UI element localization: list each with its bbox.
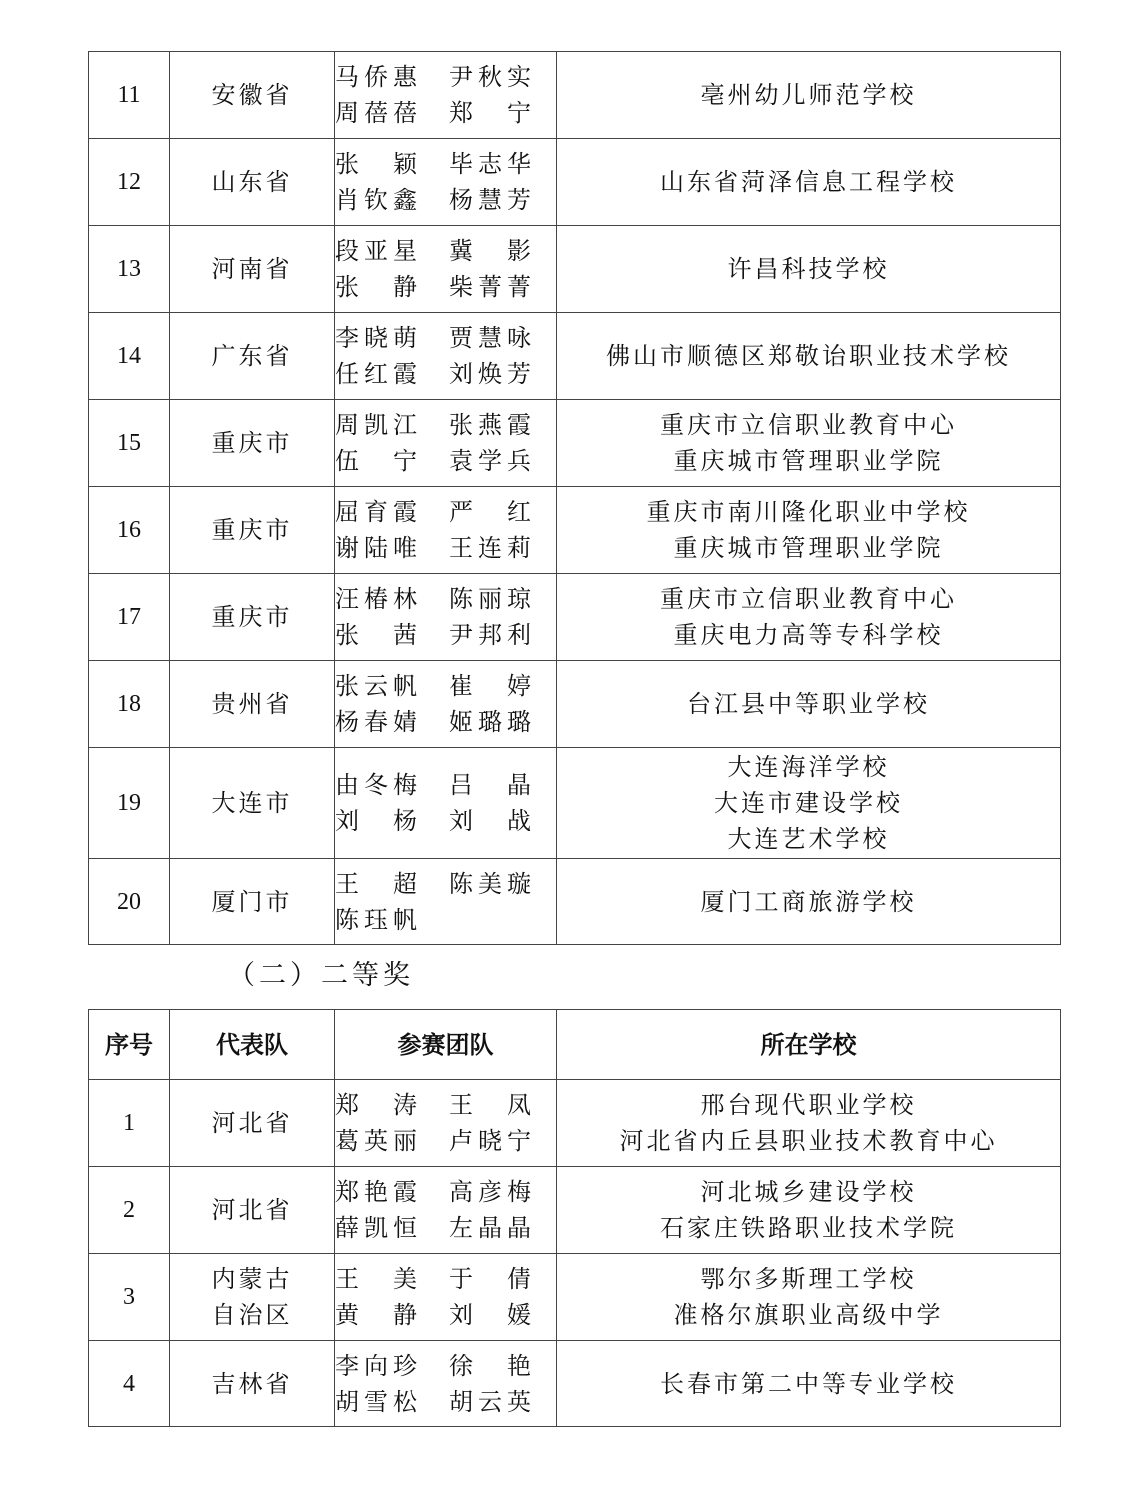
school-name: 河北省内丘县职业技术教育中心 bbox=[557, 1123, 1060, 1159]
member-name: 袁学兵 bbox=[449, 443, 531, 479]
member-row: 马侨惠尹秋实 bbox=[335, 59, 531, 95]
section-heading-second-prize: （二）二等奖 bbox=[228, 954, 414, 998]
member-row: 王超陈美璇 bbox=[335, 866, 531, 902]
member-row: 谢陆唯王连莉 bbox=[335, 530, 531, 566]
second-prize-table: 序号 代表队 参赛团队 所在学校 1河北省郑涛王凤葛英丽卢晓宁邢台现代职业学校河… bbox=[88, 1009, 1061, 1427]
member-name: 崔婷 bbox=[449, 668, 531, 704]
member-name: 王连莉 bbox=[449, 530, 531, 566]
school-name: 鄂尔多斯理工学校 bbox=[557, 1261, 1060, 1297]
team-members: 李晓萌贾慧咏任红霞刘焕芳 bbox=[335, 313, 557, 400]
school-name: 重庆电力高等专科学校 bbox=[557, 617, 1060, 653]
school-name: 大连海洋学校 bbox=[557, 749, 1060, 785]
row-number: 3 bbox=[89, 1254, 170, 1341]
school-name: 重庆城市管理职业学院 bbox=[557, 443, 1060, 479]
member-name: 杨春婧 bbox=[335, 704, 417, 740]
row-number: 18 bbox=[89, 661, 170, 748]
school-name: 重庆市立信职业教育中心 bbox=[557, 407, 1060, 443]
header-no: 序号 bbox=[89, 1010, 170, 1080]
team-region: 重庆市 bbox=[170, 574, 335, 661]
member-row: 郑艳霞高彦梅 bbox=[335, 1174, 531, 1210]
member-name: 毕志华 bbox=[449, 146, 531, 182]
member-row: 李向珍徐艳 bbox=[335, 1348, 531, 1384]
member-name: 郑涛 bbox=[335, 1087, 417, 1123]
school-name: 重庆市立信职业教育中心 bbox=[557, 581, 1060, 617]
school-name: 邢台现代职业学校 bbox=[557, 1087, 1060, 1123]
row-number: 20 bbox=[89, 859, 170, 945]
table-row: 20厦门市王超陈美璇陈珏帆厦门工商旅游学校 bbox=[89, 859, 1061, 945]
member-name: 由冬梅 bbox=[335, 767, 417, 803]
team-region-line: 贵州省 bbox=[170, 686, 334, 722]
team-region-line: 重庆市 bbox=[170, 599, 334, 635]
member-row: 杨春婧姬璐璐 bbox=[335, 704, 531, 740]
school-cell: 许昌科技学校 bbox=[557, 226, 1061, 313]
school-cell: 鄂尔多斯理工学校准格尔旗职业高级中学 bbox=[557, 1254, 1061, 1341]
school-name: 许昌科技学校 bbox=[557, 251, 1060, 287]
member-row: 葛英丽卢晓宁 bbox=[335, 1123, 531, 1159]
member-row: 刘杨刘战 bbox=[335, 803, 531, 839]
member-name: 王超 bbox=[335, 866, 417, 902]
table-row: 15重庆市周凯江张燕霞伍宁袁学兵重庆市立信职业教育中心重庆城市管理职业学院 bbox=[89, 400, 1061, 487]
member-name: 于倩 bbox=[449, 1261, 531, 1297]
member-row: 段亚星冀影 bbox=[335, 233, 531, 269]
school-name: 重庆市南川隆化职业中学校 bbox=[557, 494, 1060, 530]
member-name: 刘媛 bbox=[449, 1297, 531, 1333]
member-row: 任红霞刘焕芳 bbox=[335, 356, 531, 392]
team-region-line: 大连市 bbox=[170, 785, 334, 821]
member-row: 张云帆崔婷 bbox=[335, 668, 531, 704]
member-name: 王凤 bbox=[449, 1087, 531, 1123]
school-cell: 重庆市立信职业教育中心重庆电力高等专科学校 bbox=[557, 574, 1061, 661]
team-members: 汪椿林陈丽琼张茜尹邦利 bbox=[335, 574, 557, 661]
member-name: 尹邦利 bbox=[449, 617, 531, 653]
member-row: 张茜尹邦利 bbox=[335, 617, 531, 653]
school-name: 重庆城市管理职业学院 bbox=[557, 530, 1060, 566]
team-region: 厦门市 bbox=[170, 859, 335, 945]
table-body: 11安徽省马侨惠尹秋实周蓓蓓郑宁亳州幼儿师范学校12山东省张颖毕志华肖钦鑫杨慧芳… bbox=[89, 52, 1061, 945]
table-row: 17重庆市汪椿林陈丽琼张茜尹邦利重庆市立信职业教育中心重庆电力高等专科学校 bbox=[89, 574, 1061, 661]
member-name: 薛凯恒 bbox=[335, 1210, 417, 1246]
member-name: 徐艳 bbox=[449, 1348, 531, 1384]
table-row: 18贵州省张云帆崔婷杨春婧姬璐璐台江县中等职业学校 bbox=[89, 661, 1061, 748]
member-name: 任红霞 bbox=[335, 356, 417, 392]
member-name: 葛英丽 bbox=[335, 1123, 417, 1159]
school-name: 厦门工商旅游学校 bbox=[557, 884, 1060, 920]
team-members: 李向珍徐艳胡雪松胡云英 bbox=[335, 1341, 557, 1427]
school-cell: 重庆市立信职业教育中心重庆城市管理职业学院 bbox=[557, 400, 1061, 487]
member-name: 高彦梅 bbox=[449, 1174, 531, 1210]
member-name: 陈丽琼 bbox=[449, 581, 531, 617]
member-name: 周蓓蓓 bbox=[335, 95, 417, 131]
member-name: 张燕霞 bbox=[449, 407, 531, 443]
member-name: 严红 bbox=[449, 494, 531, 530]
row-number: 17 bbox=[89, 574, 170, 661]
school-name: 佛山市顺德区郑敬诒职业技术学校 bbox=[557, 338, 1060, 374]
member-row: 周凯江张燕霞 bbox=[335, 407, 531, 443]
team-region: 广东省 bbox=[170, 313, 335, 400]
member-row: 张颖毕志华 bbox=[335, 146, 531, 182]
school-cell: 亳州幼儿师范学校 bbox=[557, 52, 1061, 139]
member-name: 谢陆唯 bbox=[335, 530, 417, 566]
team-region-line: 河南省 bbox=[170, 251, 334, 287]
member-name: 段亚星 bbox=[335, 233, 417, 269]
member-name: 刘战 bbox=[449, 803, 531, 839]
team-region: 重庆市 bbox=[170, 487, 335, 574]
member-row: 肖钦鑫杨慧芳 bbox=[335, 182, 531, 218]
member-name bbox=[449, 902, 531, 938]
school-name: 长春市第二中等专业学校 bbox=[557, 1366, 1060, 1402]
member-name: 张云帆 bbox=[335, 668, 417, 704]
school-cell: 河北城乡建设学校石家庄铁路职业技术学院 bbox=[557, 1167, 1061, 1254]
table-row: 16重庆市屈育霞严红谢陆唯王连莉重庆市南川隆化职业中学校重庆城市管理职业学院 bbox=[89, 487, 1061, 574]
team-members: 郑艳霞高彦梅薛凯恒左晶晶 bbox=[335, 1167, 557, 1254]
school-cell: 大连海洋学校大连市建设学校大连艺术学校 bbox=[557, 748, 1061, 859]
table-body: 1河北省郑涛王凤葛英丽卢晓宁邢台现代职业学校河北省内丘县职业技术教育中心2河北省… bbox=[89, 1080, 1061, 1427]
team-members: 段亚星冀影张静柴菁菁 bbox=[335, 226, 557, 313]
school-cell: 佛山市顺德区郑敬诒职业技术学校 bbox=[557, 313, 1061, 400]
team-region-line: 内蒙古 bbox=[170, 1261, 334, 1297]
row-number: 19 bbox=[89, 748, 170, 859]
team-region-line: 重庆市 bbox=[170, 512, 334, 548]
table-row: 4吉林省李向珍徐艳胡雪松胡云英长春市第二中等专业学校 bbox=[89, 1341, 1061, 1427]
member-name: 张静 bbox=[335, 269, 417, 305]
member-row: 陈珏帆 bbox=[335, 902, 531, 938]
member-row: 张静柴菁菁 bbox=[335, 269, 531, 305]
member-name: 李晓萌 bbox=[335, 320, 417, 356]
member-name: 胡云英 bbox=[449, 1384, 531, 1420]
member-name: 李向珍 bbox=[335, 1348, 417, 1384]
row-number: 13 bbox=[89, 226, 170, 313]
member-name: 马侨惠 bbox=[335, 59, 417, 95]
team-region-line: 广东省 bbox=[170, 338, 334, 374]
school-name: 大连艺术学校 bbox=[557, 821, 1060, 857]
table-row: 1河北省郑涛王凤葛英丽卢晓宁邢台现代职业学校河北省内丘县职业技术教育中心 bbox=[89, 1080, 1061, 1167]
team-region-line: 重庆市 bbox=[170, 425, 334, 461]
team-region-line: 自治区 bbox=[170, 1297, 334, 1333]
row-number: 14 bbox=[89, 313, 170, 400]
team-region: 山东省 bbox=[170, 139, 335, 226]
school-cell: 重庆市南川隆化职业中学校重庆城市管理职业学院 bbox=[557, 487, 1061, 574]
school-name: 河北城乡建设学校 bbox=[557, 1174, 1060, 1210]
team-region-line: 河北省 bbox=[170, 1192, 334, 1228]
table-row: 19大连市由冬梅吕晶刘杨刘战大连海洋学校大连市建设学校大连艺术学校 bbox=[89, 748, 1061, 859]
table-header-row: 序号 代表队 参赛团队 所在学校 bbox=[89, 1010, 1061, 1080]
row-number: 16 bbox=[89, 487, 170, 574]
team-region-line: 厦门市 bbox=[170, 884, 334, 920]
header-members: 参赛团队 bbox=[335, 1010, 557, 1080]
member-name: 胡雪松 bbox=[335, 1384, 417, 1420]
member-name: 张茜 bbox=[335, 617, 417, 653]
school-name: 台江县中等职业学校 bbox=[557, 686, 1060, 722]
team-members: 马侨惠尹秋实周蓓蓓郑宁 bbox=[335, 52, 557, 139]
school-name: 山东省菏泽信息工程学校 bbox=[557, 164, 1060, 200]
member-row: 李晓萌贾慧咏 bbox=[335, 320, 531, 356]
member-row: 伍宁袁学兵 bbox=[335, 443, 531, 479]
row-number: 2 bbox=[89, 1167, 170, 1254]
school-cell: 邢台现代职业学校河北省内丘县职业技术教育中心 bbox=[557, 1080, 1061, 1167]
member-row: 胡雪松胡云英 bbox=[335, 1384, 531, 1420]
team-members: 张颖毕志华肖钦鑫杨慧芳 bbox=[335, 139, 557, 226]
header-school: 所在学校 bbox=[557, 1010, 1061, 1080]
row-number: 15 bbox=[89, 400, 170, 487]
school-cell: 山东省菏泽信息工程学校 bbox=[557, 139, 1061, 226]
team-region-line: 河北省 bbox=[170, 1105, 334, 1141]
member-name: 黄静 bbox=[335, 1297, 417, 1333]
member-name: 屈育霞 bbox=[335, 494, 417, 530]
team-region: 河北省 bbox=[170, 1167, 335, 1254]
table-row: 13河南省段亚星冀影张静柴菁菁许昌科技学校 bbox=[89, 226, 1061, 313]
member-name: 刘焕芳 bbox=[449, 356, 531, 392]
team-members: 王超陈美璇陈珏帆 bbox=[335, 859, 557, 945]
team-members: 屈育霞严红谢陆唯王连莉 bbox=[335, 487, 557, 574]
school-name: 准格尔旗职业高级中学 bbox=[557, 1297, 1060, 1333]
school-cell: 台江县中等职业学校 bbox=[557, 661, 1061, 748]
member-name: 周凯江 bbox=[335, 407, 417, 443]
team-region: 河北省 bbox=[170, 1080, 335, 1167]
table-row: 2河北省郑艳霞高彦梅薛凯恒左晶晶河北城乡建设学校石家庄铁路职业技术学院 bbox=[89, 1167, 1061, 1254]
team-region: 吉林省 bbox=[170, 1341, 335, 1427]
table-row: 11安徽省马侨惠尹秋实周蓓蓓郑宁亳州幼儿师范学校 bbox=[89, 52, 1061, 139]
member-row: 汪椿林陈丽琼 bbox=[335, 581, 531, 617]
member-name: 伍宁 bbox=[335, 443, 417, 479]
school-cell: 长春市第二中等专业学校 bbox=[557, 1341, 1061, 1427]
team-region: 内蒙古自治区 bbox=[170, 1254, 335, 1341]
team-members: 由冬梅吕晶刘杨刘战 bbox=[335, 748, 557, 859]
member-row: 屈育霞严红 bbox=[335, 494, 531, 530]
team-region-line: 吉林省 bbox=[170, 1366, 334, 1402]
school-cell: 厦门工商旅游学校 bbox=[557, 859, 1061, 945]
member-name: 姬璐璐 bbox=[449, 704, 531, 740]
member-name: 张颖 bbox=[335, 146, 417, 182]
row-number: 4 bbox=[89, 1341, 170, 1427]
member-name: 卢晓宁 bbox=[449, 1123, 531, 1159]
member-name: 吕晶 bbox=[449, 767, 531, 803]
member-row: 黄静刘媛 bbox=[335, 1297, 531, 1333]
table-row: 12山东省张颖毕志华肖钦鑫杨慧芳山东省菏泽信息工程学校 bbox=[89, 139, 1061, 226]
school-name: 大连市建设学校 bbox=[557, 785, 1060, 821]
member-name: 王美 bbox=[335, 1261, 417, 1297]
member-name: 肖钦鑫 bbox=[335, 182, 417, 218]
row-number: 1 bbox=[89, 1080, 170, 1167]
member-name: 贾慧咏 bbox=[449, 320, 531, 356]
member-name: 陈珏帆 bbox=[335, 902, 417, 938]
member-name: 陈美璇 bbox=[449, 866, 531, 902]
table-row: 3内蒙古自治区王美于倩黄静刘媛鄂尔多斯理工学校准格尔旗职业高级中学 bbox=[89, 1254, 1061, 1341]
school-name: 石家庄铁路职业技术学院 bbox=[557, 1210, 1060, 1246]
team-region: 大连市 bbox=[170, 748, 335, 859]
table-row: 14广东省李晓萌贾慧咏任红霞刘焕芳佛山市顺德区郑敬诒职业技术学校 bbox=[89, 313, 1061, 400]
team-members: 周凯江张燕霞伍宁袁学兵 bbox=[335, 400, 557, 487]
member-row: 薛凯恒左晶晶 bbox=[335, 1210, 531, 1246]
member-row: 郑涛王凤 bbox=[335, 1087, 531, 1123]
member-name: 尹秋实 bbox=[449, 59, 531, 95]
member-row: 王美于倩 bbox=[335, 1261, 531, 1297]
team-members: 王美于倩黄静刘媛 bbox=[335, 1254, 557, 1341]
member-name: 汪椿林 bbox=[335, 581, 417, 617]
team-region: 河南省 bbox=[170, 226, 335, 313]
member-name: 郑艳霞 bbox=[335, 1174, 417, 1210]
member-name: 杨慧芳 bbox=[449, 182, 531, 218]
header-team: 代表队 bbox=[170, 1010, 335, 1080]
first-prize-table-continued: 11安徽省马侨惠尹秋实周蓓蓓郑宁亳州幼儿师范学校12山东省张颖毕志华肖钦鑫杨慧芳… bbox=[88, 51, 1061, 945]
school-name: 亳州幼儿师范学校 bbox=[557, 77, 1060, 113]
member-row: 周蓓蓓郑宁 bbox=[335, 95, 531, 131]
member-name: 左晶晶 bbox=[449, 1210, 531, 1246]
team-region: 贵州省 bbox=[170, 661, 335, 748]
team-region-line: 山东省 bbox=[170, 164, 334, 200]
row-number: 11 bbox=[89, 52, 170, 139]
team-region: 安徽省 bbox=[170, 52, 335, 139]
member-name: 柴菁菁 bbox=[449, 269, 531, 305]
row-number: 12 bbox=[89, 139, 170, 226]
team-members: 张云帆崔婷杨春婧姬璐璐 bbox=[335, 661, 557, 748]
team-members: 郑涛王凤葛英丽卢晓宁 bbox=[335, 1080, 557, 1167]
member-name: 郑宁 bbox=[449, 95, 531, 131]
team-region-line: 安徽省 bbox=[170, 77, 334, 113]
member-row: 由冬梅吕晶 bbox=[335, 767, 531, 803]
team-region: 重庆市 bbox=[170, 400, 335, 487]
member-name: 刘杨 bbox=[335, 803, 417, 839]
member-name: 冀影 bbox=[449, 233, 531, 269]
